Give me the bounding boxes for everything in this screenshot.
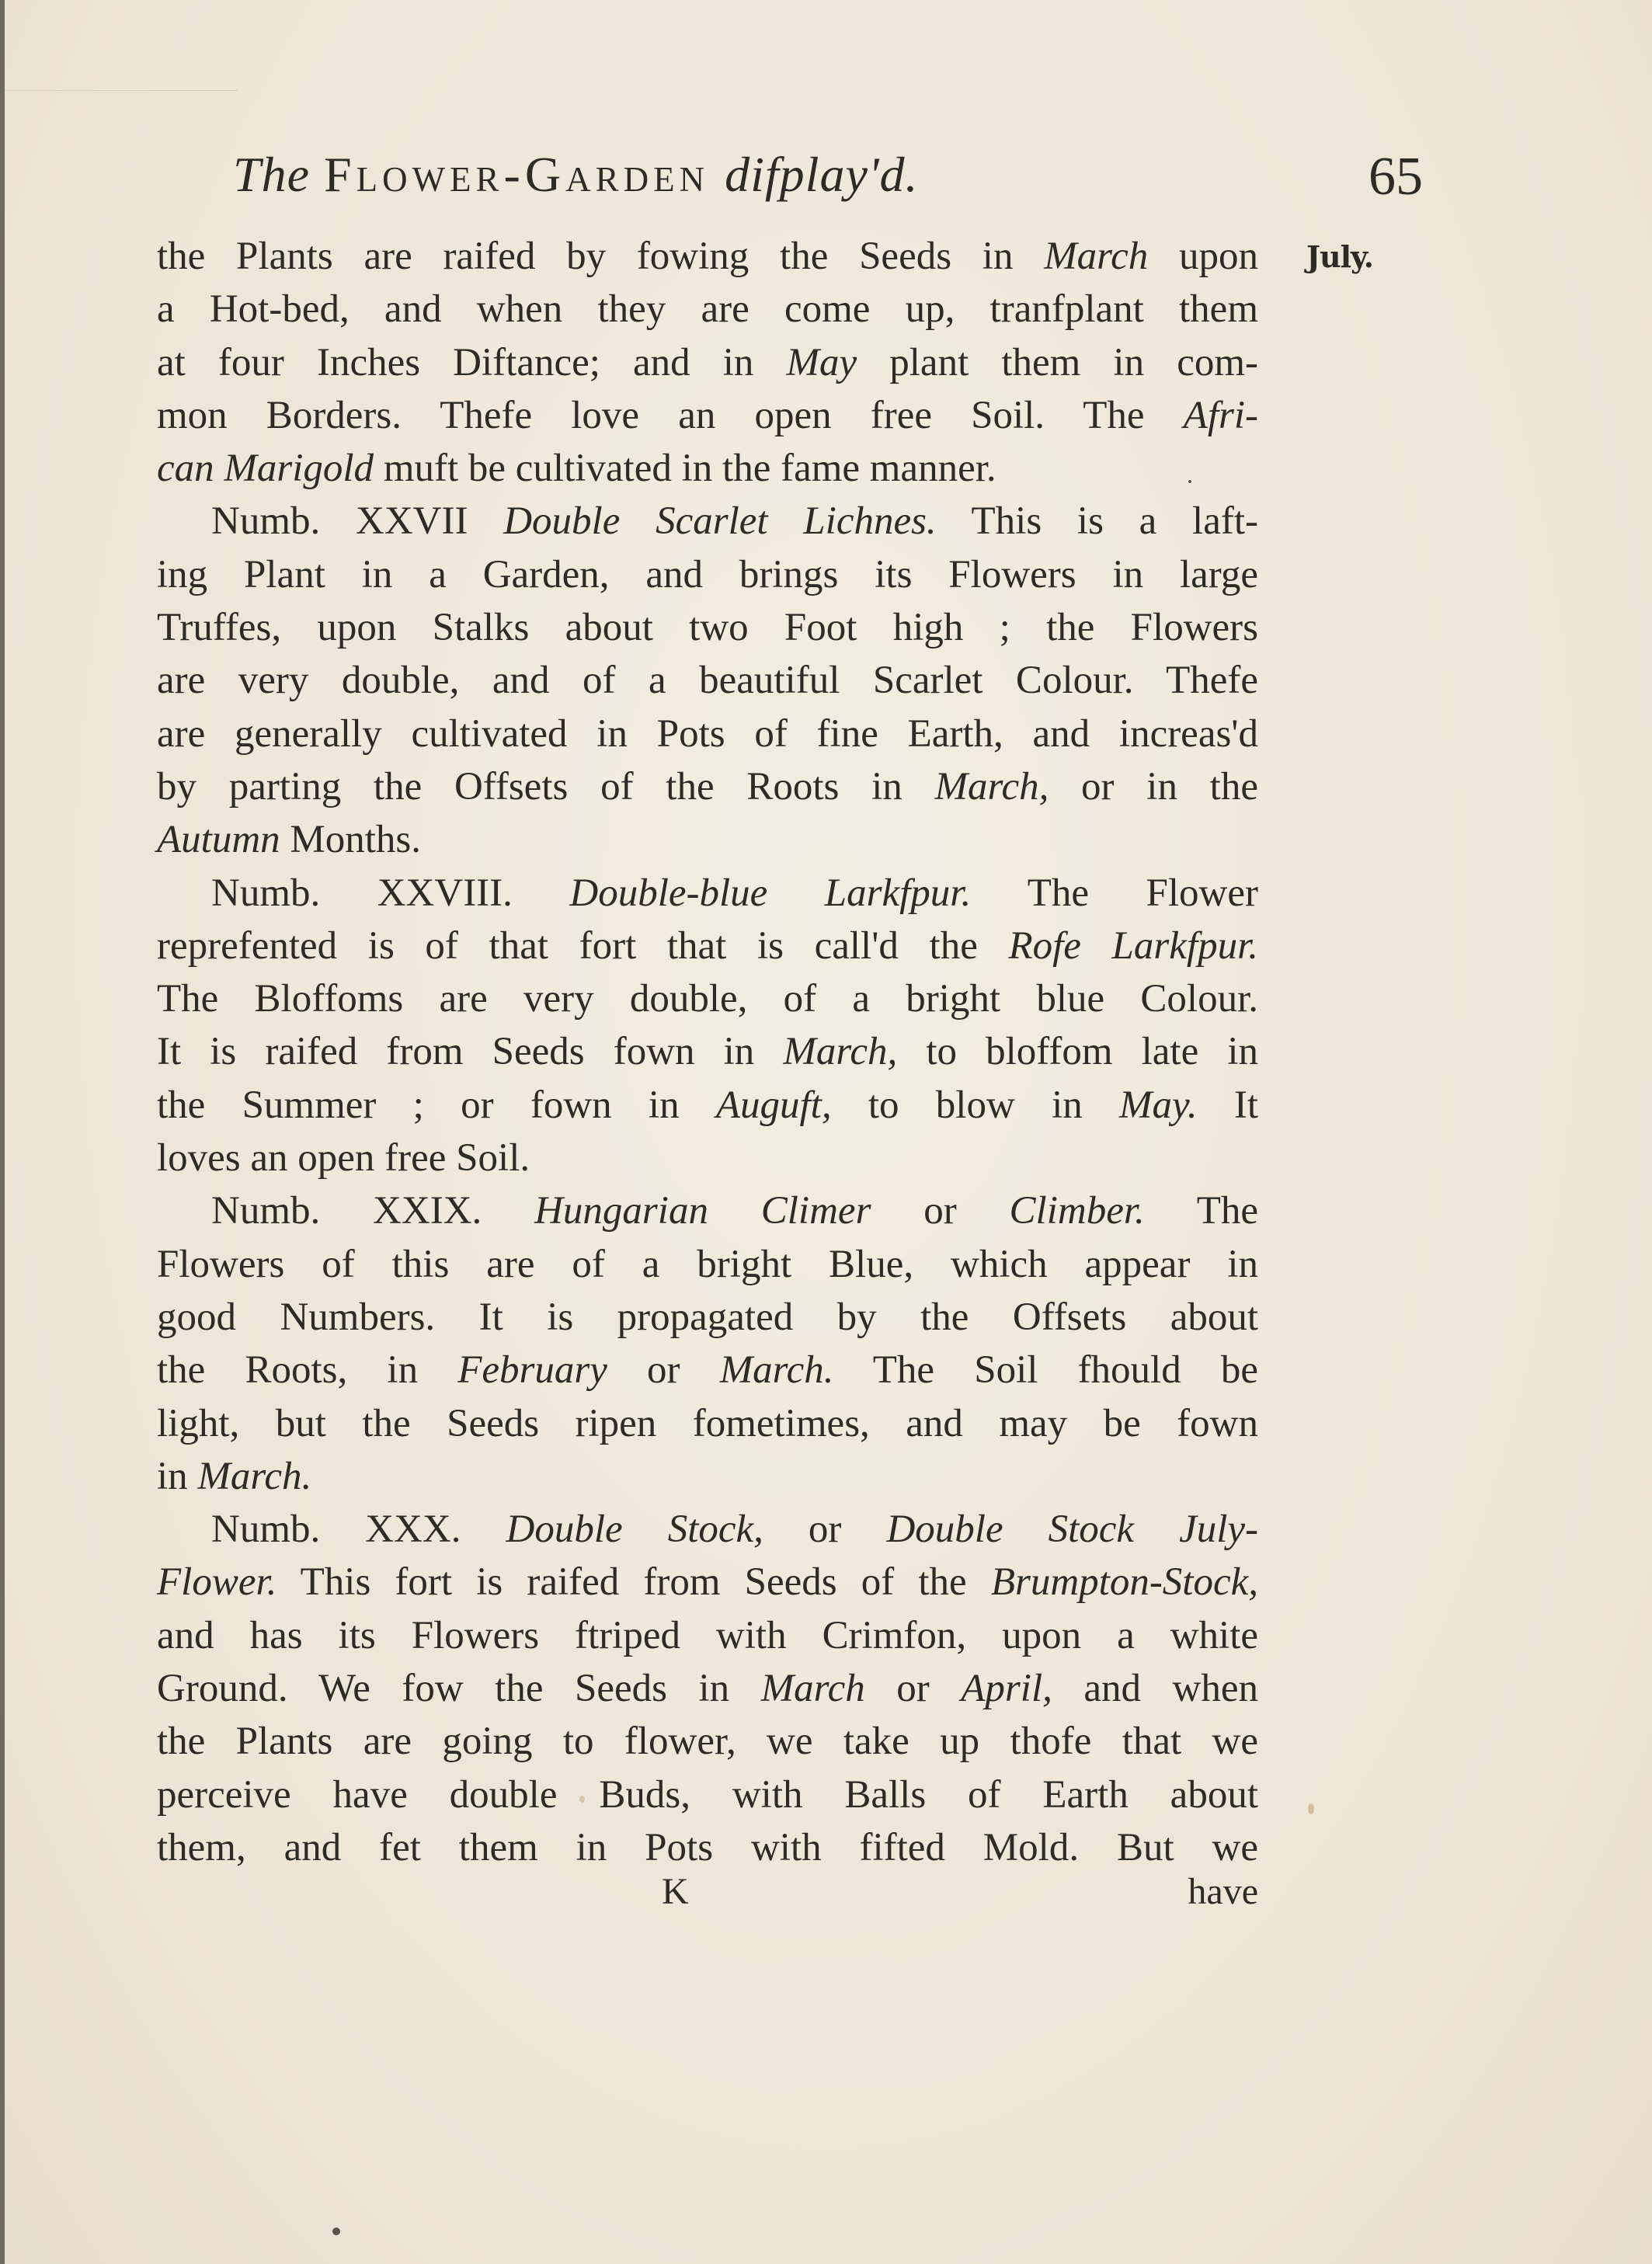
text-run: ing Plant in a Garden, and brings its Fl…: [157, 553, 1258, 596]
text-run: at four Inches Diftance; and in: [157, 341, 787, 384]
text-run: This fort is raifed from Seeds of the: [276, 1560, 990, 1604]
page-number: 65: [1369, 146, 1423, 208]
text-run: the Plants are going to flower, we take …: [157, 1720, 1258, 1763]
text-line: by parting the Offsets of the Roots in M…: [157, 760, 1258, 813]
running-head-the: The: [233, 147, 310, 202]
text-run: a Hot-bed, and when they are come up, tr…: [157, 287, 1258, 331]
text-line: mon Borders. Thefe love an open free Soi…: [157, 389, 1258, 442]
text-line: in March.: [157, 1450, 1258, 1503]
italic-term: May.: [1119, 1083, 1198, 1127]
text-run: or in the: [1049, 765, 1258, 809]
foxing-stain: [1308, 1803, 1314, 1814]
text-run: or: [763, 1508, 887, 1551]
italic-term: Hungarian Climer: [534, 1189, 871, 1233]
text-line: at four Inches Diftance; and in May plan…: [157, 336, 1258, 389]
italic-term: Afri-: [1184, 394, 1258, 437]
text-run: are very double, and of a beautiful Scar…: [157, 659, 1258, 702]
running-head-displayd: difplay'd.: [725, 147, 918, 202]
text-run: The Soil fhould be: [834, 1348, 1259, 1392]
text-run: the Roots, in: [157, 1348, 457, 1392]
text-run: mon Borders. Thefe love an open free Soi…: [157, 394, 1184, 437]
italic-term: Double Stock,: [506, 1508, 763, 1551]
italic-term: Flower.: [157, 1560, 276, 1604]
text-run: The Flower: [971, 871, 1258, 915]
text-run: Numb. XXIX.: [211, 1189, 534, 1233]
text-run: are generally cultivated in Pots of fine…: [157, 712, 1258, 756]
text-run: in: [157, 1455, 197, 1498]
text-run: the Summer ; or fown in: [157, 1083, 716, 1127]
italic-term: Rofe Larkfpur.: [1008, 924, 1258, 968]
italic-term: March,: [935, 765, 1049, 809]
italic-term: Brumpton-Stock,: [991, 1560, 1258, 1604]
running-head-title: Flower-Garden: [324, 147, 709, 202]
text-run: them, and fet them in Pots with fifted M…: [157, 1826, 1258, 1869]
italic-term: Autumn: [157, 818, 280, 861]
text-run: plant them in com-: [857, 341, 1258, 384]
text-line: the Roots, in February or March. The Soi…: [157, 1344, 1258, 1396]
catchword: have: [1188, 1870, 1258, 1913]
italic-term: Double Scarlet Lichnes.: [503, 499, 936, 543]
italic-term: can Marigold: [157, 447, 374, 490]
italic-term: May: [787, 341, 857, 384]
text-run: or: [865, 1667, 962, 1710]
text-run: Months.: [280, 818, 421, 861]
text-run: Numb. XXX.: [211, 1508, 506, 1551]
text-line: Numb. XXX. Double Stock, or Double Stock…: [157, 1503, 1258, 1556]
paper-fold-line: [5, 90, 238, 91]
text-run: reprefented is of that fort that is call…: [157, 924, 1008, 968]
text-run: Numb. XXVIII.: [211, 871, 569, 915]
text-line: the Summer ; or fown in Auguft, to blow …: [157, 1079, 1258, 1132]
text-line: Truffes, upon Stalks about two Foot high…: [157, 601, 1258, 654]
text-line: Numb. XXVII Double Scarlet Lichnes. This…: [157, 495, 1258, 548]
italic-term: March: [761, 1667, 865, 1710]
text-run: It is raifed from Seeds fown in: [157, 1030, 783, 1073]
text-run: muft be cultivated in the fame manner.: [374, 447, 996, 490]
text-line: loves an open free Soil.: [157, 1132, 1258, 1184]
italic-term: Climber.: [1010, 1189, 1145, 1233]
paper-speck: [332, 2227, 340, 2235]
italic-term: Auguft,: [716, 1083, 832, 1127]
text-run: It: [1198, 1083, 1258, 1127]
text-line: Flower. This fort is raifed from Seeds o…: [157, 1556, 1258, 1608]
text-line: Numb. XXVIII. Double-blue Larkfpur. The …: [157, 867, 1258, 920]
text-run: to blow in: [832, 1083, 1119, 1127]
text-run: or: [871, 1189, 1009, 1233]
italic-term: February: [457, 1348, 607, 1392]
text-line: are very double, and of a beautiful Scar…: [157, 654, 1258, 707]
text-line: It is raifed from Seeds fown in March, t…: [157, 1025, 1258, 1078]
foxing-stain: [579, 1796, 585, 1803]
italic-term: Double-blue Larkfpur.: [569, 871, 971, 915]
signature-mark: K: [662, 1870, 689, 1913]
text-line: reprefented is of that fort that is call…: [157, 920, 1258, 972]
text-run: The: [1145, 1189, 1258, 1233]
text-line: them, and fet them in Pots with fifted M…: [157, 1821, 1258, 1874]
text-line: light, but the Seeds ripen fometimes, an…: [157, 1397, 1258, 1450]
text-run: Truffes, upon Stalks about two Foot high…: [157, 606, 1258, 649]
text-run: and has its Flowers ftriped with Crimfon…: [157, 1614, 1258, 1657]
text-run: perceive have double Buds, with Balls of…: [157, 1773, 1258, 1817]
italic-term: March.: [720, 1348, 834, 1392]
text-run: Numb. XXVII: [211, 499, 503, 543]
italic-term: Double Stock July-: [886, 1508, 1258, 1551]
text-line: Flowers of this are of a bright Blue, wh…: [157, 1238, 1258, 1291]
text-run: The Bloffoms are very double, of a brigh…: [157, 977, 1258, 1021]
text-run: or: [607, 1348, 720, 1392]
text-line: the Plants are going to flower, we take …: [157, 1715, 1258, 1768]
text-line: can Marigold muft be cultivated in the f…: [157, 442, 1258, 495]
text-line: Numb. XXIX. Hungarian Climer or Climber.…: [157, 1184, 1258, 1237]
text-line: ing Plant in a Garden, and brings its Fl…: [157, 548, 1258, 601]
text-run: and when: [1052, 1667, 1258, 1710]
margin-note-month: July.: [1306, 239, 1373, 274]
italic-term: March,: [783, 1030, 897, 1073]
text-run: This is a laft-: [937, 499, 1258, 543]
text-run: loves an open free Soil.: [157, 1136, 530, 1180]
text-run: Flowers of this are of a bright Blue, wh…: [157, 1243, 1258, 1286]
text-run: Ground. We fow the Seeds in: [157, 1667, 761, 1710]
text-run: to bloffom late in: [897, 1030, 1258, 1073]
text-run: upon: [1148, 235, 1258, 278]
text-line: Ground. We fow the Seeds in March or Apr…: [157, 1662, 1258, 1715]
text-line: the Plants are raifed by fowing the Seed…: [157, 230, 1258, 283]
italic-term: March.: [197, 1455, 311, 1498]
text-line: and has its Flowers ftriped with Crimfon…: [157, 1609, 1258, 1662]
text-run: by parting the Offsets of the Roots in: [157, 765, 935, 809]
text-run: the Plants are raifed by fowing the Seed…: [157, 235, 1044, 278]
paper-speck: [1188, 480, 1191, 483]
text-line: a Hot-bed, and when they are come up, tr…: [157, 283, 1258, 336]
text-line: Autumn Months.: [157, 813, 1258, 866]
text-line: perceive have double Buds, with Balls of…: [157, 1768, 1258, 1821]
running-head: TheFlower-Gardendifplay'd.: [233, 146, 1445, 224]
italic-term: April,: [961, 1667, 1052, 1710]
text-line: The Bloffoms are very double, of a brigh…: [157, 972, 1258, 1025]
text-run: light, but the Seeds ripen fometimes, an…: [157, 1402, 1258, 1445]
text-line: are generally cultivated in Pots of fine…: [157, 708, 1258, 760]
page-footer: K have: [157, 1870, 1258, 1925]
text-line: good Numbers. It is propagated by the Of…: [157, 1291, 1258, 1344]
italic-term: March: [1044, 235, 1148, 278]
text-run: good Numbers. It is propagated by the Of…: [157, 1295, 1258, 1339]
body-text: the Plants are raifed by fowing the Seed…: [157, 230, 1258, 1874]
